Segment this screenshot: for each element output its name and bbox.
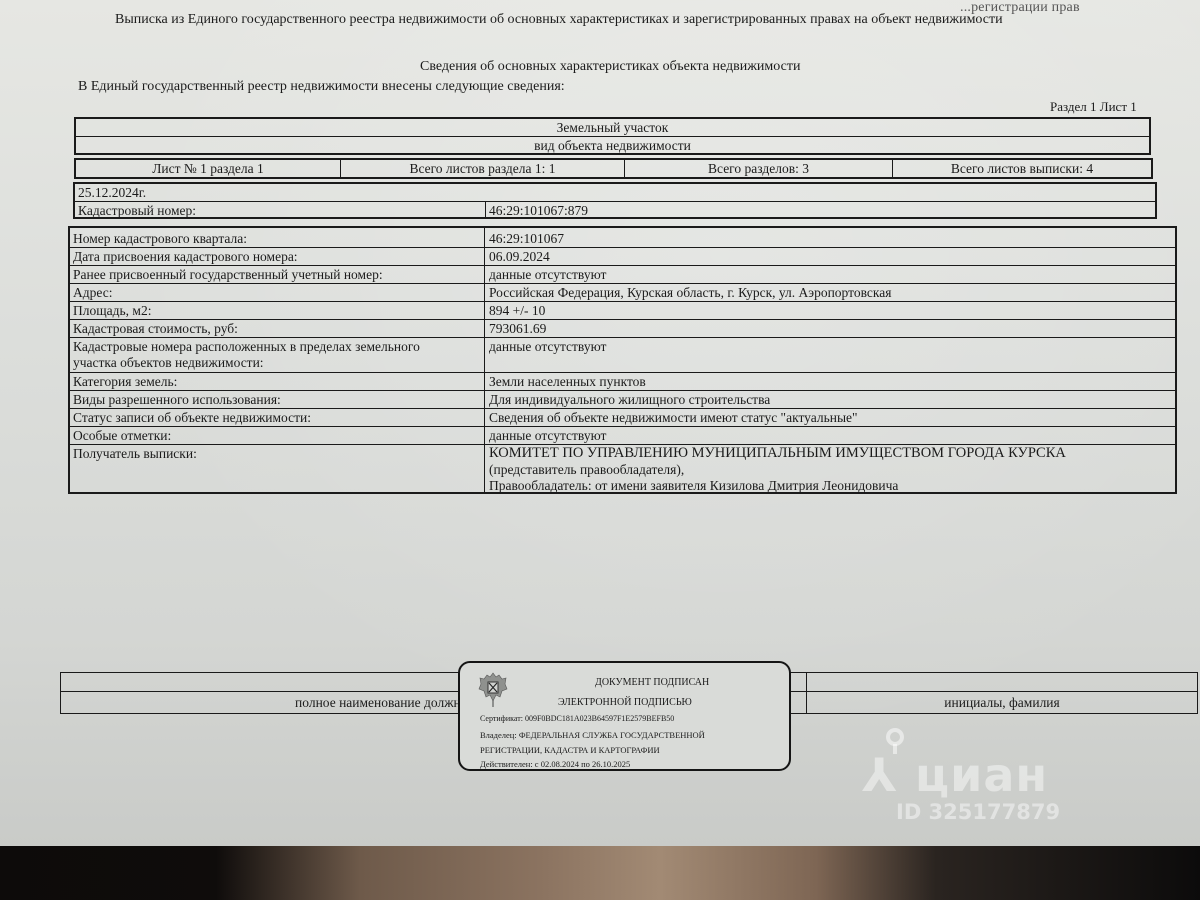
row-label: Получатель выписки: (70, 445, 484, 493)
recipient-role: (представитель правообладателя), (489, 462, 684, 478)
row-label: Категория земель: (70, 373, 484, 390)
table-row: Площадь, м2: 894 +/- 10 (70, 302, 1175, 319)
row-value: данные отсутствуют (486, 427, 1175, 444)
row-value: Российская Федерация, Курская область, г… (486, 284, 1175, 301)
stamp-owner-line-2: РЕГИСТРАЦИИ, КАДАСТРА И КАРТОГРАФИИ (480, 745, 660, 755)
object-type: Земельный участок (76, 119, 1149, 137)
row-label: Дата присвоения кадастрового номера: (70, 248, 484, 265)
table-row: Дата присвоения кадастрового номера: 06.… (70, 248, 1175, 265)
row-value: Сведения об объекте недвижимости имеют с… (486, 409, 1175, 426)
stamp-line-1: ДОКУМЕНТ ПОДПИСАН (595, 677, 709, 688)
row-label: Ранее присвоенный государственный учетны… (70, 266, 484, 283)
rights-holder: Правообладатель: от имени заявителя Кизи… (489, 478, 898, 494)
row-label: Площадь, м2: (70, 302, 484, 319)
cadastral-number-value: 46:29:101067:879 (486, 202, 1155, 219)
row-label: Номер кадастрового квартала: (70, 230, 484, 247)
e-signature-stamp: ДОКУМЕНТ ПОДПИСАН ЭЛЕКТРОННОЙ ПОДПИСЬЮ С… (458, 661, 791, 771)
stamp-owner-line-1: Владелец: ФЕДЕРАЛЬНАЯ СЛУЖБА ГОСУДАРСТВЕ… (480, 730, 705, 740)
stamp-validity: Действителен: с 02.08.2024 по 26.10.2025 (480, 759, 630, 769)
cian-brand-text: циан (915, 748, 1048, 802)
row-value: Земли населенных пунктов (486, 373, 1175, 390)
table-row: Получатель выписки: КОМИТЕТ ПО УПРАВЛЕНИ… (70, 445, 1175, 493)
table-row: Статус записи об объекте недвижимости: С… (70, 409, 1175, 426)
name-caption: инициалы, фамилия (807, 693, 1197, 713)
intro-text: В Единый государственный реестр недвижим… (78, 79, 565, 95)
background-surface (0, 846, 1200, 900)
document-title: Выписка из Единого государственного реес… (115, 12, 1003, 28)
row-value: 46:29:101067 (486, 230, 1175, 247)
sheet-number: Лист № 1 раздела 1 (76, 160, 340, 177)
table-row: Кадастровые номера расположенных в преде… (70, 338, 1175, 372)
cadastral-number-label: Кадастровый номер: (75, 202, 485, 219)
recipient-value: КОМИТЕТ ПО УПРАВЛЕНИЮ МУНИЦИПАЛЬНЫМ ИМУЩ… (486, 445, 1175, 493)
table-row: Номер кадастрового квартала: 46:29:10106… (70, 230, 1175, 247)
row-label: Адрес: (70, 284, 484, 301)
row-value: Для индивидуального жилищного строительс… (486, 391, 1175, 408)
document-subtitle: Сведения об основных характеристиках объ… (420, 59, 800, 75)
row-label: Статус записи об объекте недвижимости: (70, 409, 484, 426)
row-label: Кадастровая стоимость, руб: (70, 320, 484, 337)
row-label: Кадастровые номера расположенных в преде… (73, 339, 420, 355)
extract-sheets-total: Всего листов выписки: 4 (893, 160, 1151, 177)
row-value: данные отсутствуют (486, 338, 1175, 372)
row-value: 894 +/- 10 (486, 302, 1175, 319)
row-label-continued: участка объектов недвижимости: (73, 355, 264, 371)
row-label: Особые отметки: (70, 427, 484, 444)
cian-logo: ⅄ циан (862, 748, 1048, 802)
row-label-multiline: Кадастровые номера расположенных в преде… (70, 338, 484, 372)
recipient-name: КОМИТЕТ ПО УПРАВЛЕНИЮ МУНИЦИПАЛЬНЫМ ИМУЩ… (489, 445, 1066, 462)
sections-total: Всего разделов: 3 (625, 160, 892, 177)
coat-of-arms-icon (476, 669, 510, 709)
date-cadastral-box: 25.12.2024г. Кадастровый номер: 46:29:10… (73, 182, 1157, 219)
row-value: 06.09.2024 (486, 248, 1175, 265)
sheet-info-row: Лист № 1 раздела 1 Всего листов раздела … (74, 158, 1153, 179)
extract-date: 25.12.2024г. (75, 184, 1155, 201)
table-row: Ранее присвоенный государственный учетны… (70, 266, 1175, 283)
cian-person-icon: ⅄ (862, 748, 898, 802)
row-value: 793061.69 (486, 320, 1175, 337)
details-table: Номер кадастрового квартала: 46:29:10106… (68, 226, 1177, 494)
section-sheets-total: Всего листов раздела 1: 1 (341, 160, 624, 177)
row-value: данные отсутствуют (486, 266, 1175, 283)
section-reference: Раздел 1 Лист 1 (1050, 99, 1137, 115)
object-type-box: Земельный участок вид объекта недвижимос… (74, 117, 1151, 155)
table-row: Адрес: Российская Федерация, Курская обл… (70, 284, 1175, 301)
table-row: Категория земель: Земли населенных пункт… (70, 373, 1175, 390)
row-label: Виды разрешенного использования: (70, 391, 484, 408)
object-type-caption: вид объекта недвижимости (76, 137, 1149, 155)
table-row: Особые отметки: данные отсутствуют (70, 427, 1175, 444)
table-row: Виды разрешенного использования: Для инд… (70, 391, 1175, 408)
stamp-line-2: ЭЛЕКТРОННОЙ ПОДПИСЬЮ (558, 697, 692, 708)
table-row: Кадастровая стоимость, руб: 793061.69 (70, 320, 1175, 337)
stamp-certificate: Сертификат: 009F0BDC181A023B64597F1E2579… (480, 714, 674, 723)
listing-id: ID 325177879 (896, 800, 1060, 824)
